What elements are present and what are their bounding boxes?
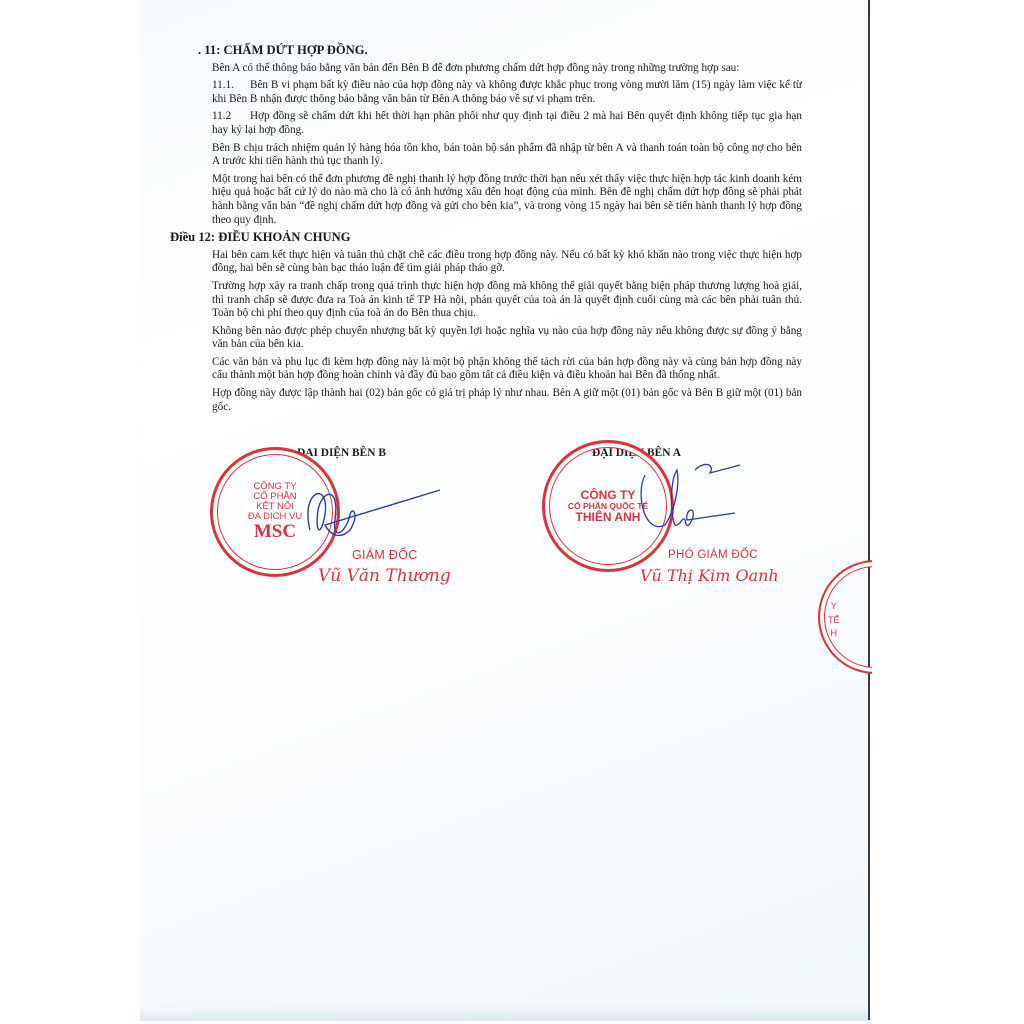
- clause-11-2: 11.2Hợp đồng sẽ chấm dứt khi hết thời hạ…: [212, 110, 802, 137]
- article-12-paragraph: Không bên nào được phép chuyển nhượng bấ…: [212, 325, 802, 352]
- contract-body: . 11: CHẤM DỨT HỢP ĐỒNG. Bên A có thể th…: [170, 44, 802, 418]
- clause-text: Hợp đồng sẽ chấm dứt khi hết thời hạn ph…: [212, 110, 802, 136]
- stamp-line: H: [828, 627, 840, 641]
- party-b-signer-name: Vũ Văn Thương: [318, 566, 451, 586]
- article-12-heading: Điều 12: ĐIỀU KHOẢN CHUNG: [170, 231, 802, 245]
- clause-number: 11.2: [212, 110, 250, 124]
- clause-number: 11.1.: [212, 79, 250, 93]
- page-bottom-shadow: [140, 1005, 868, 1021]
- article-11-intro: Bên A có thể thông báo bằng văn bản đến …: [212, 62, 802, 76]
- clause-text: Bên B vi phạm bất kỳ điều nào của hợp đồ…: [212, 79, 802, 105]
- article-11-heading: . 11: CHẤM DỨT HỢP ĐỒNG.: [198, 44, 802, 58]
- article-12-paragraph: Các văn bản và phụ lục đi kèm hợp đồng n…: [212, 356, 802, 383]
- article-12-paragraph: Hợp đồng này được lập thành hai (02) bản…: [212, 387, 802, 414]
- article-11-paragraph: Một trong hai bên có thể đơn phương đề n…: [212, 173, 802, 227]
- edge-stamp-text: Y TẾ H: [828, 600, 840, 641]
- clause-11-1: 11.1.Bên B vi phạm bất kỳ điều nào của h…: [212, 79, 802, 106]
- party-a-signature: [615, 455, 755, 545]
- article-11-paragraph: Bên B chịu trách nhiệm quản lý hàng hóa …: [212, 142, 802, 169]
- party-a-signer-name: Vũ Thị Kim Oanh: [640, 566, 779, 585]
- party-b-title: GIÁM ĐỐC: [352, 548, 418, 562]
- article-12-paragraph: Trường hợp xảy ra tranh chấp trong quá t…: [212, 280, 802, 321]
- edge-stamp-fragment: Y TẾ H: [818, 560, 932, 674]
- stamp-line: Y: [828, 600, 840, 614]
- party-a-title: PHÓ GIÁM ĐỐC: [668, 549, 758, 561]
- stamp-line: TẾ: [828, 614, 840, 628]
- article-12-paragraph: Hai bên cam kết thực hiện và tuân thủ ch…: [212, 249, 802, 276]
